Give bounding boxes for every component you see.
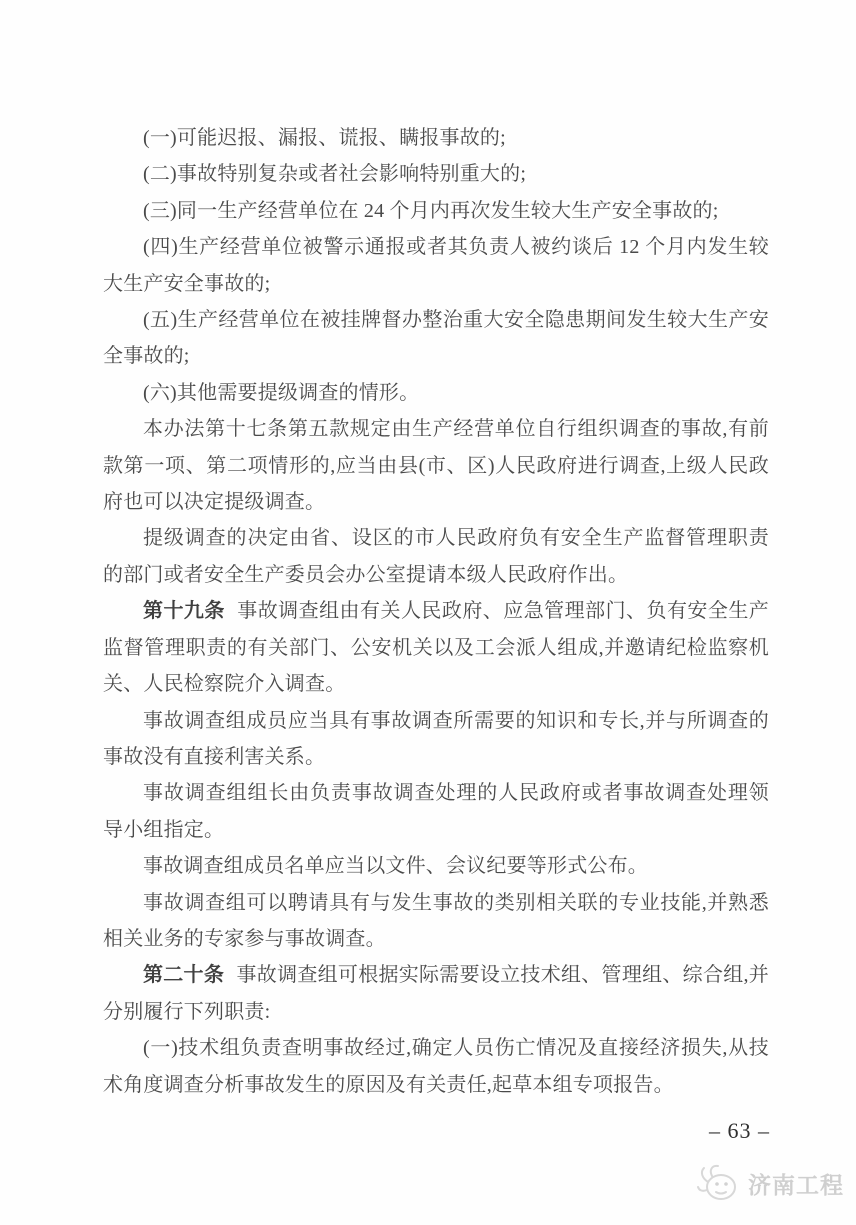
paragraph-text: (五)生产经营单位在被挂牌督办整治重大安全隐患期间发生较大生产安全事故的;	[103, 309, 769, 367]
paragraph: 事故调查组成员名单应当以文件、会议纪要等形式公布。	[103, 848, 769, 884]
brand-logo-text: 济南工程	[748, 1167, 844, 1200]
page-number: – 63 –	[709, 1118, 770, 1144]
paragraph: 事故调查组成员应当具有事故调查所需要的知识和专长,并与所调查的事故没有直接利害关…	[103, 703, 769, 776]
document-body: (一)可能迟报、漏报、谎报、瞒报事故的;(二)事故特别复杂或者社会影响特别重大的…	[103, 120, 769, 1103]
paragraph-text: (一)技术组负责查明事故经过,确定人员伤亡情况及直接经济损失,从技术角度调查分析…	[103, 1037, 769, 1095]
paragraph: 事故调查组组长由负责事故调查处理的人民政府或者事故调查处理领导小组指定。	[103, 775, 769, 848]
paragraph: (六)其他需要提级调查的情形。	[103, 375, 769, 411]
paragraph: 本办法第十七条第五款规定由生产经营单位自行组织调查的事故,有前款第一项、第二项情…	[103, 411, 769, 520]
paragraph-text: 事故调查组组长由负责事故调查处理的人民政府或者事故调查处理领导小组指定。	[103, 782, 769, 840]
paragraph: (三)同一生产经营单位在 24 个月内再次发生较大生产安全事故的;	[103, 193, 769, 229]
paragraph: (一)技术组负责查明事故经过,确定人员伤亡情况及直接经济损失,从技术角度调查分析…	[103, 1030, 769, 1103]
paragraph: (五)生产经营单位在被挂牌督办整治重大安全隐患期间发生较大生产安全事故的;	[103, 302, 769, 375]
paragraph: (四)生产经营单位被警示通报或者其负责人被约谈后 12 个月内发生较大生产安全事…	[103, 229, 769, 302]
paragraph: (二)事故特别复杂或者社会影响特别重大的;	[103, 156, 769, 192]
paragraph: 第十九条事故调查组由有关人民政府、应急管理部门、负有安全生产监督管理职责的有关部…	[103, 593, 769, 702]
paragraph-text: (四)生产经营单位被警示通报或者其负责人被约谈后 12 个月内发生较大生产安全事…	[103, 236, 769, 294]
article-number: 第二十条	[143, 964, 224, 986]
footer-watermark: 济南工程	[694, 1160, 844, 1206]
article-number: 第十九条	[143, 600, 225, 622]
paragraph-text: (二)事故特别复杂或者社会影响特别重大的;	[143, 163, 526, 185]
document-page: (一)可能迟报、漏报、谎报、瞒报事故的;(二)事故特别复杂或者社会影响特别重大的…	[0, 0, 856, 1225]
paragraph: 提级调查的决定由省、设区的市人民政府负有安全生产监督管理职责的部门或者安全生产委…	[103, 520, 769, 593]
paragraph-text: (六)其他需要提级调查的情形。	[143, 382, 419, 404]
paragraph: (一)可能迟报、漏报、谎报、瞒报事故的;	[103, 120, 769, 156]
paragraph-text: 本办法第十七条第五款规定由生产经营单位自行组织调查的事故,有前款第一项、第二项情…	[103, 418, 769, 513]
paragraph-text: 提级调查的决定由省、设区的市人民政府负有安全生产监督管理职责的部门或者安全生产委…	[103, 527, 769, 585]
paragraph-text: (一)可能迟报、漏报、谎报、瞒报事故的;	[143, 127, 506, 149]
paragraph-text: (三)同一生产经营单位在 24 个月内再次发生较大生产安全事故的;	[143, 200, 718, 222]
mascot-face-icon	[694, 1160, 742, 1206]
paragraph: 第二十条事故调查组可根据实际需要设立技术组、管理组、综合组,并分别履行下列职责:	[103, 957, 769, 1030]
paragraph-text: 事故调查组成员名单应当以文件、会议纪要等形式公布。	[143, 855, 648, 877]
paragraph-text: 事故调查组可以聘请具有与发生事故的类别相关联的专业技能,并熟悉相关业务的专家参与…	[103, 892, 769, 950]
paragraph: 事故调查组可以聘请具有与发生事故的类别相关联的专业技能,并熟悉相关业务的专家参与…	[103, 885, 769, 958]
paragraph-text: 事故调查组成员应当具有事故调查所需要的知识和专长,并与所调查的事故没有直接利害关…	[103, 710, 769, 768]
